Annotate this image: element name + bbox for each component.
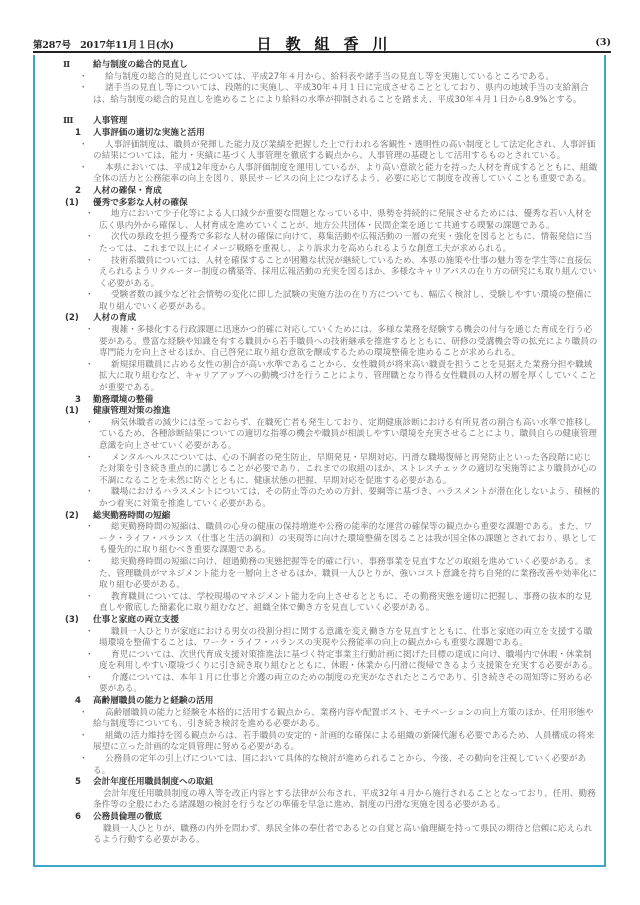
section-heading-3: Ⅲ 人事管理 bbox=[55, 116, 600, 128]
list-item: 給与制度の総合的見直しについては、平成27年４月から、給料表や諸手当の見直し等を… bbox=[55, 72, 600, 84]
list-item: 介護については、本年１月に仕事と介護の両立のための制度の充実がなされたところであ… bbox=[55, 673, 600, 696]
list-item: 組織の活力維持を図る観点からは、若手職員の安定的・計画的な確保による組織の新陳代… bbox=[55, 731, 600, 754]
item-heading-3-3: (3) 仕事と家庭の両立支援 bbox=[55, 615, 600, 627]
subsection-heading-6: 6 公務員倫理の徹底 bbox=[55, 812, 600, 824]
item-heading-3-1: (1) 健康管理対策の推進 bbox=[55, 406, 600, 418]
list-item: 職場におけるハラスメントについては、その防止等のための方針、要綱等に基づき、ハラ… bbox=[55, 487, 600, 510]
item-heading-2-1: (1) 優秀で多彩な人材の確保 bbox=[55, 198, 600, 210]
subsection-heading-3: 3 勤務環境の整備 bbox=[55, 395, 600, 407]
list-item: 公務員の定年の引上げについては、国において具体的な検討が進められることから、今後… bbox=[55, 754, 600, 777]
list-item: 技術系職員については、人材を確保することが困難な状況が継続しているため、本県の施… bbox=[55, 256, 600, 291]
list-item: メンタルヘルスについては、心の不調者の発生防止、早期発見・早期対応、円滑な職場復… bbox=[55, 453, 600, 488]
paragraph: 職員一人ひとりが、職務の内外を問わず、県民全体の奉仕者であるとの自覚と高い倫理観… bbox=[55, 824, 600, 847]
list-item: 地方において少子化等による人口減少が重要な問題となっている中、県勢を持続的に発展… bbox=[55, 209, 600, 232]
item-heading-2-2: (2) 人材の育成 bbox=[55, 313, 600, 325]
subsection-heading-2: 2 人材の確保・育成 bbox=[55, 186, 600, 198]
list-item: 育児については、次世代育成支援対策推進法に基づく特定事業主行動計画に掲げた目標の… bbox=[55, 650, 600, 673]
article-body: Ⅱ 給与制度の総合的見直し 給与制度の総合的見直しについては、平成27年４月から… bbox=[55, 60, 600, 847]
subsection-heading-1: 1 人事評価の適切な実施と活用 bbox=[55, 128, 600, 140]
newsletter-title: 日教組香川 bbox=[33, 33, 611, 54]
masthead: 第287号 2017年11月１日(水) 日教組香川 (3) bbox=[33, 36, 611, 53]
page-number: (3) bbox=[595, 37, 611, 48]
paragraph: 会計年度任用職員制度の導入等を改正内容とする法律が公布され、平成32年４月から施… bbox=[55, 789, 600, 812]
list-item: 人事評価制度は、職員が発揮した能力及び業績を把握した上で行われる客観性・透明性の… bbox=[55, 140, 600, 163]
list-item: 受験者数の減少など社会情勢の変化に即した試験の実施方法の在り方についても、幅広く… bbox=[55, 290, 600, 313]
list-item: 次代の県政を担う優秀で多彩な人材の確保に向けて、募集活動や広報活動の一層の充実・… bbox=[55, 232, 600, 255]
list-item: 総実勤務時間の短縮に向け、超過勤務の実態把握等を的確に行い、事務事業を見直すなど… bbox=[55, 557, 600, 592]
list-item: 複雑・多様化する行政課題に迅速かつ的確に対応していくためには、多様な業務を経験す… bbox=[55, 325, 600, 360]
list-item: 病気休職者の減少には至っておらず、在職死亡者も発生しており、定期健康診断における… bbox=[55, 418, 600, 453]
list-item: 総実勤務時間の短縮は、職員の心身の健康の保持増進や公務の能率的な運営の確保等の観… bbox=[55, 522, 600, 557]
list-item: 新規採用職員に占める女性の割合が高い水準であることから、女性職員が将来高い職責を… bbox=[55, 360, 600, 395]
list-item: 高齢層職員の能力と経験を本格的に活用する観点から、業務内容や配置ポスト、モチベー… bbox=[55, 708, 600, 731]
subsection-heading-4: 4 高齢層職員の能力と経験の活用 bbox=[55, 696, 600, 708]
list-item: 職員一人ひとりが家庭における男女の役割分担に関する意識を変え働き方を見直すととも… bbox=[55, 627, 600, 650]
list-item: 諸手当の見直し等については、段階的に実施し、平成30年４月１日に完成させることと… bbox=[55, 83, 600, 106]
item-heading-3-2: (2) 総実勤務時間の短縮 bbox=[55, 511, 600, 523]
list-item: 教育職員については、学校現場のマネジメント能力を向上させるとともに、その勤務実態… bbox=[55, 592, 600, 615]
section-heading-2: Ⅱ 給与制度の総合的見直し bbox=[55, 60, 600, 72]
subsection-heading-5: 5 会計年度任用職員制度への取組 bbox=[55, 777, 600, 789]
list-item: 本県においては、平成12年度から人事評価制度を運用しているが、より高い意欲と能力… bbox=[55, 163, 600, 186]
